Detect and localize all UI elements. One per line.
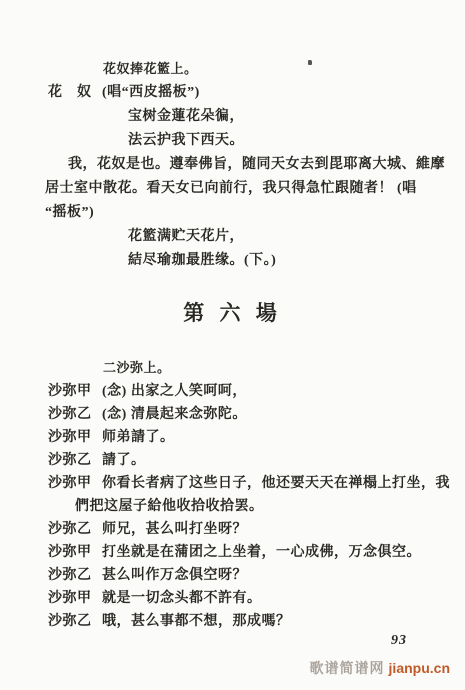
site-watermark: 歌谱简谱网jianpu.cn [310, 658, 450, 678]
speaker-line: 花 奴(唱“西皮摇板”) [48, 81, 465, 105]
dialogue-row: 沙弥乙(念) 清晨起来念弥陀。 [48, 403, 465, 426]
verse-line: 花籃满贮天花片， [128, 225, 465, 249]
speaker-name: 沙弥乙 [48, 564, 102, 587]
verse-line: 法云护我下西天。 [128, 129, 465, 153]
dialogue-continuation: 們把这屋子給他收拾收拾罢。 [75, 495, 465, 518]
dialogue-row: 沙弥甲(念) 出家之人笑呵呵， [48, 380, 465, 403]
verse-line: 宝树金蓮花朵徧， [128, 105, 465, 129]
dialogue-text: 就是一切念头都不許有。 [102, 591, 262, 606]
speaker-name: 沙弥甲 [48, 426, 102, 449]
stage-direction: 二沙弥上。 [103, 356, 465, 380]
watermark-site-name: 歌谱简谱网 [310, 660, 385, 676]
dialogue-text: (念) 清晨起来念弥陀。 [102, 407, 247, 422]
singing-cue: (唱“西皮摇板”) [102, 85, 200, 100]
speaker-name: 沙弥乙 [48, 403, 102, 426]
dialogue-row: 沙弥乙請了。 [48, 449, 465, 472]
dialogue-text: 师兄，甚么叫打坐呀？ [102, 522, 247, 537]
dialogue-text: 甚么叫作万念俱空呀？ [102, 568, 247, 583]
speaker-name: 沙弥甲 [48, 541, 102, 564]
dialogue-text: (念) 出家之人笑呵呵， [102, 384, 247, 399]
dialogue-text: 你看长者病了这些日子，他还要天天在禅榻上打坐，我 [102, 476, 450, 491]
speaker-name: 沙弥甲 [48, 380, 102, 403]
dialogue-text: 哦，甚么事都不想，那成嗎？ [102, 614, 291, 629]
speech-line: 我，花奴是也。遵奉佛旨，随同天女去到毘耶离大城、維摩 [68, 153, 465, 177]
speech-line: “摇板”) [45, 201, 465, 225]
speech-line: 居士室中散花。看天女已向前行，我只得急忙跟随者！ (唱 [45, 177, 465, 201]
speaker-name: 沙弥乙 [48, 610, 102, 633]
book-page: 花奴捧花籃上。 花 奴(唱“西皮摇板”) 宝树金蓮花朵徧， 法云护我下西天。 我… [0, 0, 465, 690]
dialogue-row: 沙弥甲就是一切念头都不許有。 [48, 587, 465, 610]
dialogue-row: 沙弥乙哦，甚么事都不想，那成嗎？ [48, 610, 465, 633]
dialogue-row: 沙弥甲师弟請了。 [48, 426, 465, 449]
dialogue-row: 沙弥甲你看长者病了这些日子，他还要天天在禅榻上打坐，我 [48, 472, 465, 495]
verse-line: 結尽瑜珈最胜缘。(下。) [128, 249, 465, 273]
dialogue-row: 沙弥乙甚么叫作万念俱空呀？ [48, 564, 465, 587]
ink-blot-mark [308, 60, 312, 65]
dialogue-row: 沙弥乙师兄，甚么叫打坐呀？ [48, 518, 465, 541]
dialogue-row: 沙弥甲打坐就是在蒲团之上坐着，一心成佛，万念俱空。 [48, 541, 465, 564]
speaker-name: 花 奴 [48, 81, 102, 105]
speaker-name: 沙弥甲 [48, 472, 102, 495]
dialogue-text: 請了。 [102, 453, 146, 468]
speaker-name: 沙弥甲 [48, 587, 102, 610]
dialogue-text: 师弟請了。 [102, 430, 175, 445]
speaker-name: 沙弥乙 [48, 449, 102, 472]
watermark-site-url: jianpu.cn [389, 660, 450, 676]
page-number: 93 [391, 633, 407, 649]
dialogue-text: 打坐就是在蒲团之上坐着，一心成佛，万念俱空。 [102, 545, 421, 560]
scene-title: 第 六 場 [0, 300, 465, 327]
speaker-name: 沙弥乙 [48, 518, 102, 541]
stage-direction: 花奴捧花籃上。 [103, 57, 465, 81]
